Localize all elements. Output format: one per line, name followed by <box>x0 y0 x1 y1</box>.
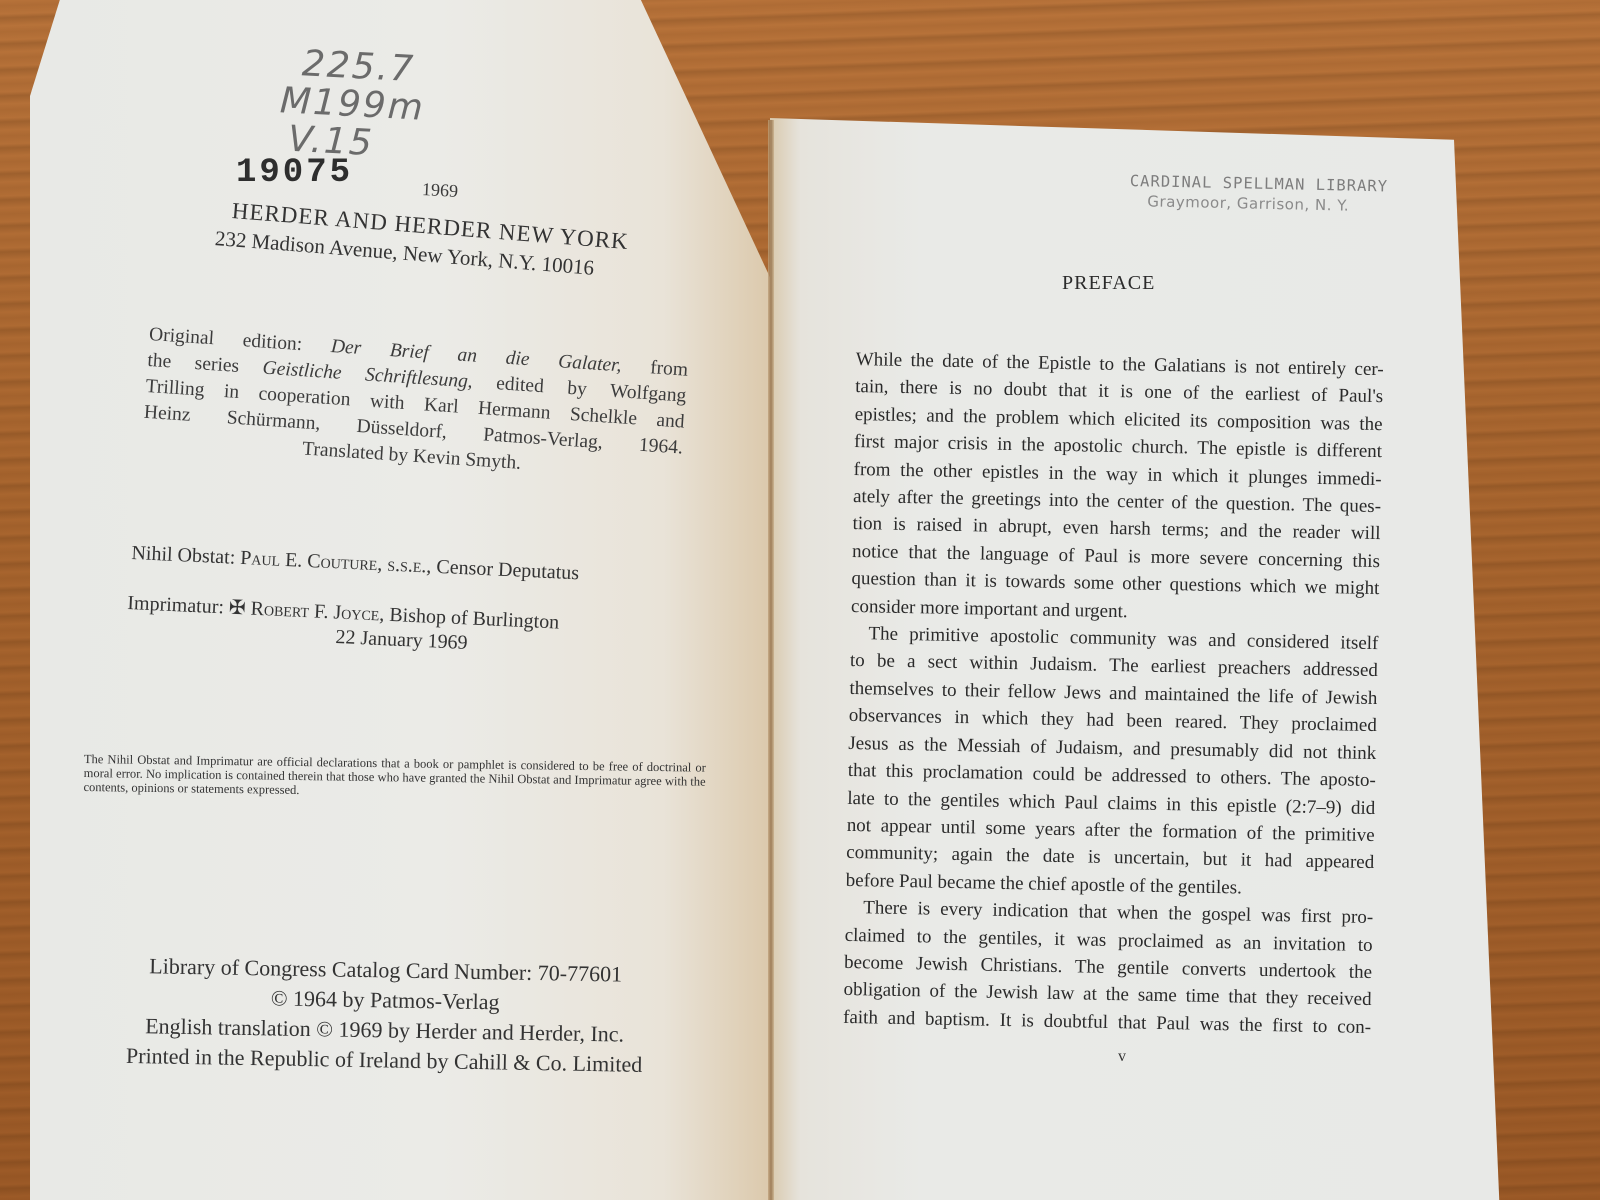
the-series-text: the series <box>147 350 240 377</box>
publication-year: 1969 <box>421 179 458 202</box>
book-spine <box>768 120 774 1200</box>
from-text: from <box>649 357 688 380</box>
library-stamp: CARDINAL SPELLMAN LIBRARY Graymoor, Garr… <box>1129 172 1388 215</box>
preface-title: PREFACE <box>1062 272 1155 295</box>
preface-body: While the date of the Epistle to the Gal… <box>843 346 1384 1041</box>
nihil-obstat-label: Nihil Obstat: <box>131 542 236 569</box>
colophon: Library of Congress Catalog Card Number:… <box>74 950 696 1081</box>
bishop-name: Robert F. Joyce, <box>250 598 385 626</box>
accession-number: 19075 <box>236 154 353 192</box>
imprimatur-label: Imprimatur: <box>127 592 225 618</box>
maltese-cross-icon: ✠ <box>228 597 246 620</box>
imprimatur-disclaimer: The Nihil Obstat and Imprimatur are offi… <box>83 752 706 803</box>
handwritten-call-number: 225.7 M199m V.15 <box>277 44 428 165</box>
page-number: v <box>1118 1048 1126 1066</box>
